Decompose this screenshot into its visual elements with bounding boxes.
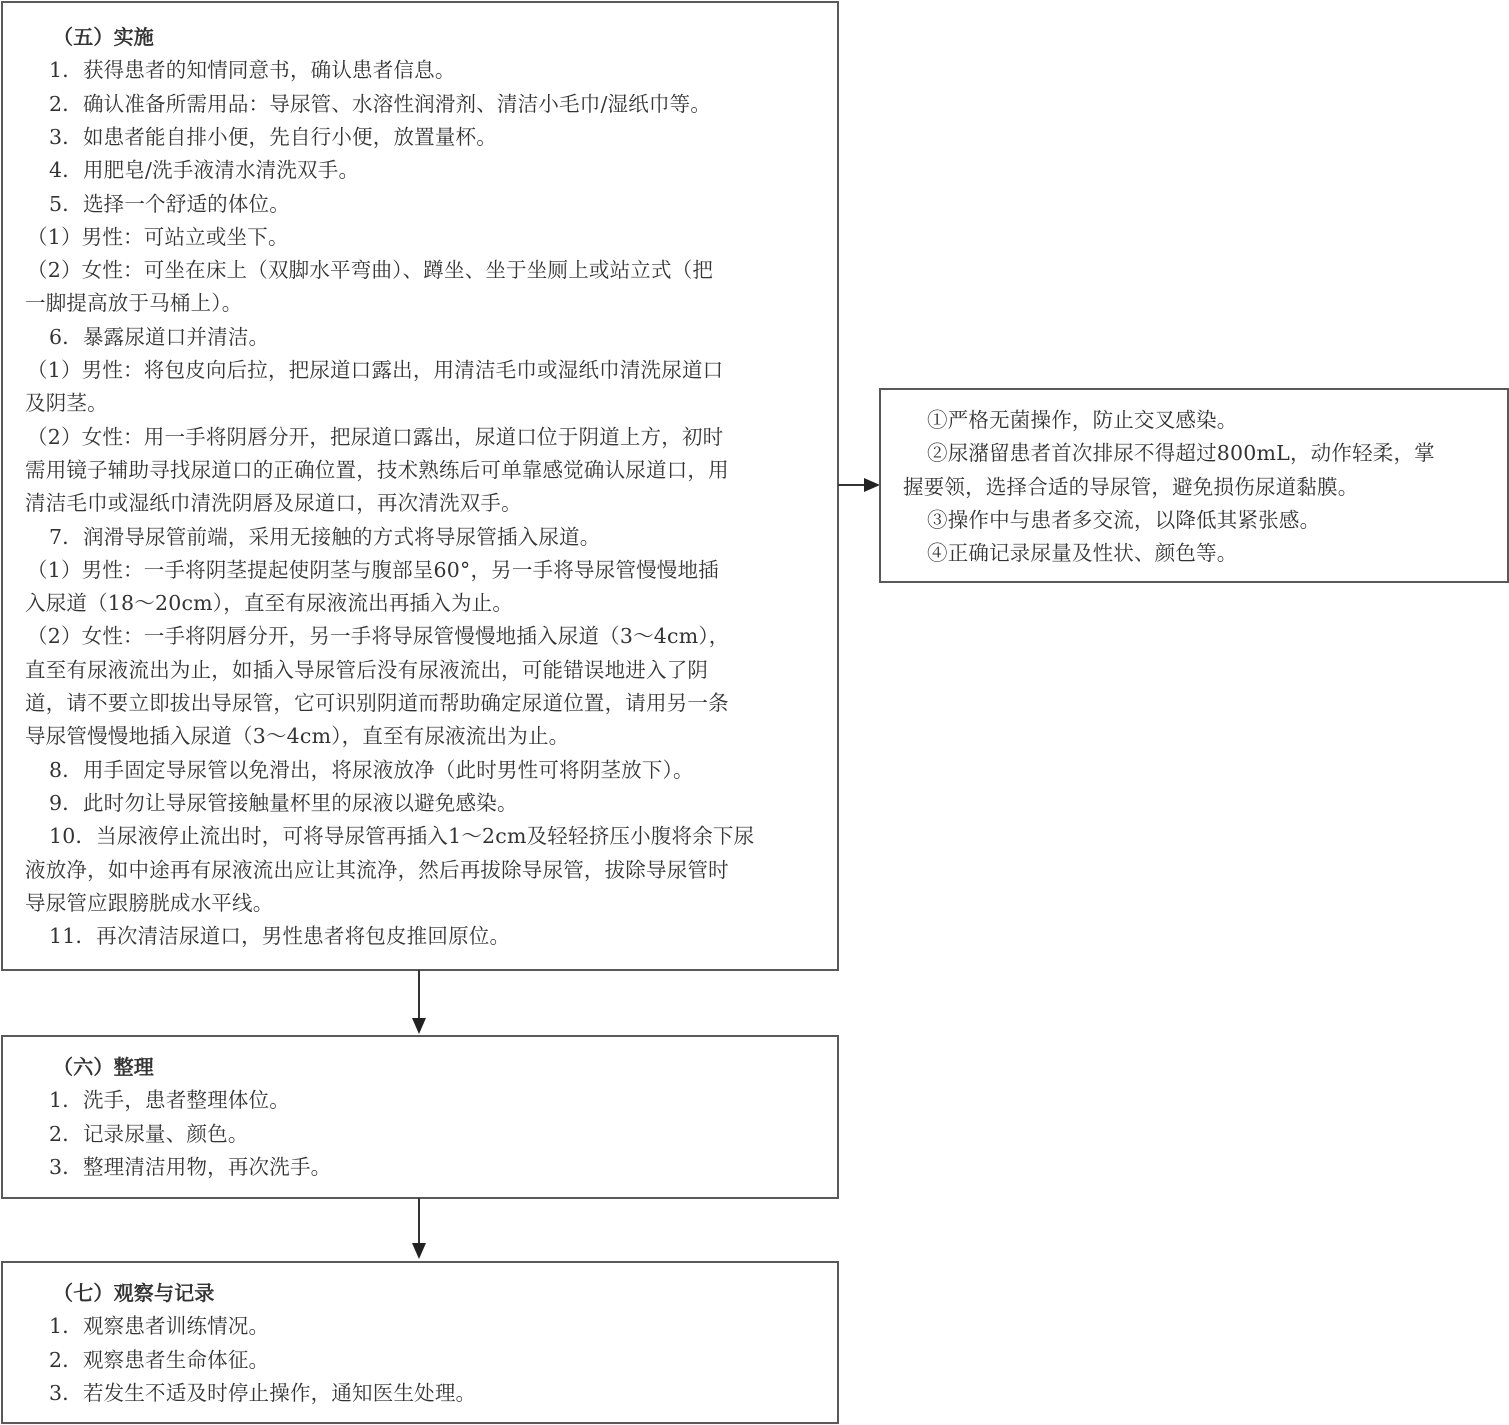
text-line: 液放净，如中途再有尿液流出应让其流净，然后再拔除导尿管，拔除导尿管时	[3, 854, 729, 887]
text-line: 3．如患者能自排小便，先自行小便，放置量杯。	[3, 121, 497, 154]
text-line: 3．若发生不适及时停止操作，通知医生处理。	[3, 1377, 476, 1410]
text-line: 4．用肥皂/洗手液清水清洗双手。	[3, 154, 359, 187]
text-line: 9．此时勿让导尿管接触量杯里的尿液以避免感染。	[3, 787, 518, 820]
implementation-title: （五）实施	[3, 21, 154, 54]
text-line: （2）女性：可坐在床上（双脚水平弯曲）、蹲坐、坐于坐厕上或站立式（把	[3, 254, 713, 287]
text-line: 入尿道（18～20cm），直至有尿液流出再插入为止。	[3, 587, 513, 620]
text-line: 道，请不要立即拔出导尿管，它可识别阴道而帮助确定尿道位置，请用另一条	[3, 687, 729, 720]
text-line: ④正确记录尿量及性状、颜色等。	[881, 537, 1238, 570]
text-line: （1）男性：将包皮向后拉，把尿道口露出，用清洁毛巾或湿纸巾清洗尿道口	[3, 354, 723, 387]
implementation-box: （五）实施 1．获得患者的知情同意书，确认患者信息。2．确认准备所需用品：导尿管…	[1, 1, 839, 971]
text-line: 1．洗手，患者整理体位。	[3, 1084, 290, 1117]
text-line: 2．记录尿量、颜色。	[3, 1118, 249, 1151]
text-line: 一脚提高放于马桶上）。	[3, 287, 242, 320]
text-line: ①严格无菌操作，防止交叉感染。	[881, 404, 1238, 437]
text-line: 3．整理清洁用物，再次洗手。	[3, 1151, 331, 1184]
text-line: 清洁毛巾或湿纸巾清洗阴唇及尿道口，再次清洗双手。	[3, 487, 522, 520]
text-line: 11．再次清洁尿道口，男性患者将包皮推回原位。	[3, 920, 510, 953]
tidy-title: （六）整理	[3, 1051, 154, 1084]
text-line: 1．观察患者训练情况。	[3, 1310, 269, 1343]
text-line: 8．用手固定导尿管以免滑出，将尿液放净（此时男性可将阴茎放下）。	[3, 754, 694, 787]
text-line: 导尿管慢慢地插入尿道（3～4cm），直至有尿液流出为止。	[3, 720, 569, 753]
arrow-head-right-icon	[864, 478, 880, 492]
text-line: 需用镜子辅助寻找尿道口的正确位置，技术熟练后可单靠感觉确认尿道口，用	[3, 454, 729, 487]
arrow-implementation-to-tidy	[418, 970, 420, 1020]
arrow-head-down-icon	[412, 1018, 426, 1034]
text-line: （2）女性：用一手将阴唇分开，把尿道口露出，尿道口位于阴道上方，初时	[3, 421, 723, 454]
arrow-to-notes	[838, 484, 866, 486]
arrow-head-down-icon	[412, 1243, 426, 1259]
text-line: 1．获得患者的知情同意书，确认患者信息。	[3, 54, 456, 87]
text-line: ③操作中与患者多交流，以降低其紧张感。	[881, 504, 1320, 537]
text-line: （1）男性：可站立或坐下。	[3, 221, 289, 254]
text-line: 6．暴露尿道口并清洁。	[3, 321, 269, 354]
text-line: （1）男性：一手将阴茎提起使阴茎与腹部呈60°，另一手将导尿管慢慢地插	[3, 554, 719, 587]
observe-box: （七）观察与记录 1．观察患者训练情况。2．观察患者生命体征。3．若发生不适及时…	[1, 1261, 839, 1424]
text-line: 直至有尿液流出为止，如插入导尿管后没有尿液流出，可能错误地进入了阴	[3, 654, 708, 687]
text-line: 10．当尿液停止流出时，可将导尿管再插入1～2cm及轻轻挤压小腹将余下尿	[3, 820, 754, 853]
text-line: ②尿潴留患者首次排尿不得超过800mL，动作轻柔，掌	[881, 437, 1435, 470]
tidy-box: （六）整理 1．洗手，患者整理体位。2．记录尿量、颜色。3．整理清洁用物，再次洗…	[1, 1035, 839, 1199]
text-line: 2．确认准备所需用品：导尿管、水溶性润滑剂、清洁小毛巾/湿纸巾等。	[3, 88, 711, 121]
text-line: 7．润滑导尿管前端，采用无接触的方式将导尿管插入尿道。	[3, 521, 600, 554]
observe-title: （七）观察与记录	[3, 1277, 215, 1310]
text-line: 及阴茎。	[3, 387, 108, 420]
text-line: 2．观察患者生命体征。	[3, 1344, 269, 1377]
text-line: 导尿管应跟膀胱成水平线。	[3, 887, 273, 920]
notes-box: ①严格无菌操作，防止交叉感染。②尿潴留患者首次排尿不得超过800mL，动作轻柔，…	[879, 388, 1509, 583]
text-line: 5．选择一个舒适的体位。	[3, 188, 290, 221]
text-line: 握要领，选择合适的导尿管，避免损伤尿道黏膜。	[881, 471, 1358, 504]
arrow-tidy-to-observe	[418, 1198, 420, 1245]
text-line: （2）女性：一手将阴唇分开，另一手将导尿管慢慢地插入尿道（3～4cm），	[3, 620, 730, 653]
